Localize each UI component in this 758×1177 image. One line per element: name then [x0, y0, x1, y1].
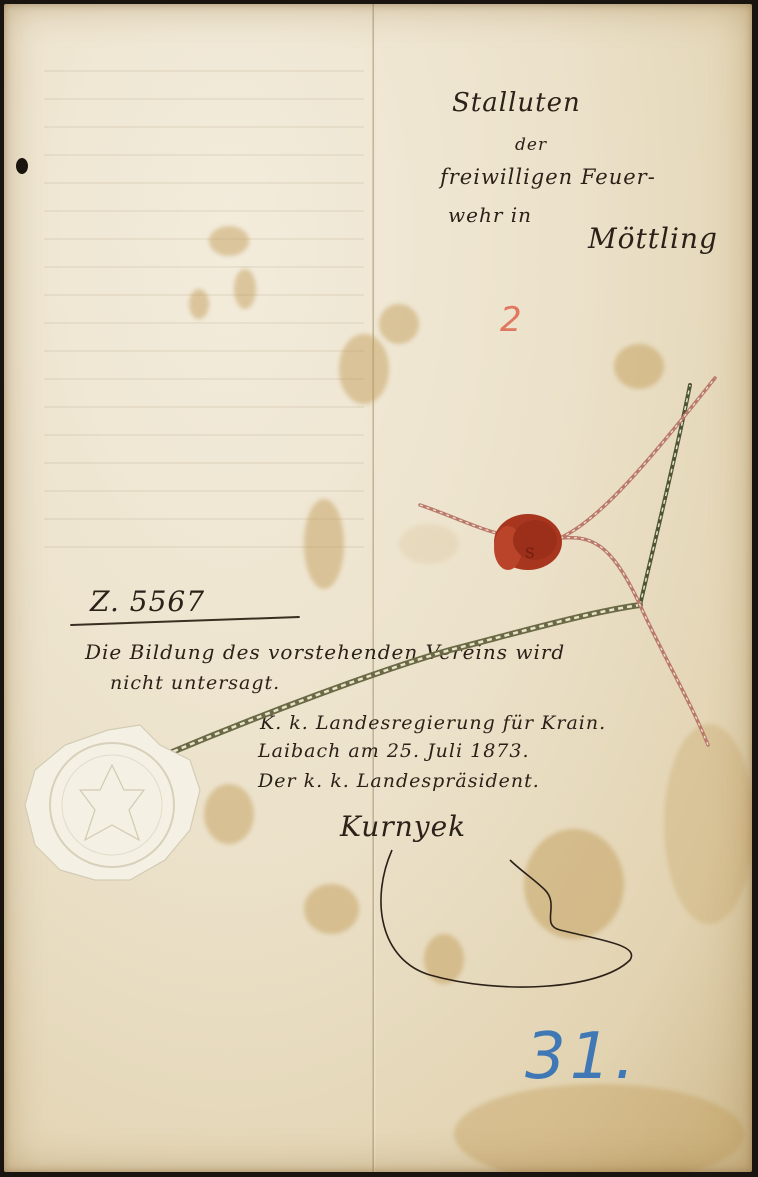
- signature-flourish: [381, 850, 632, 987]
- wax-seal: S: [494, 514, 562, 570]
- seals-and-cords: S: [0, 0, 758, 1177]
- green-cord: [165, 605, 640, 755]
- red-cord: [420, 378, 715, 745]
- svg-text:S: S: [525, 546, 535, 562]
